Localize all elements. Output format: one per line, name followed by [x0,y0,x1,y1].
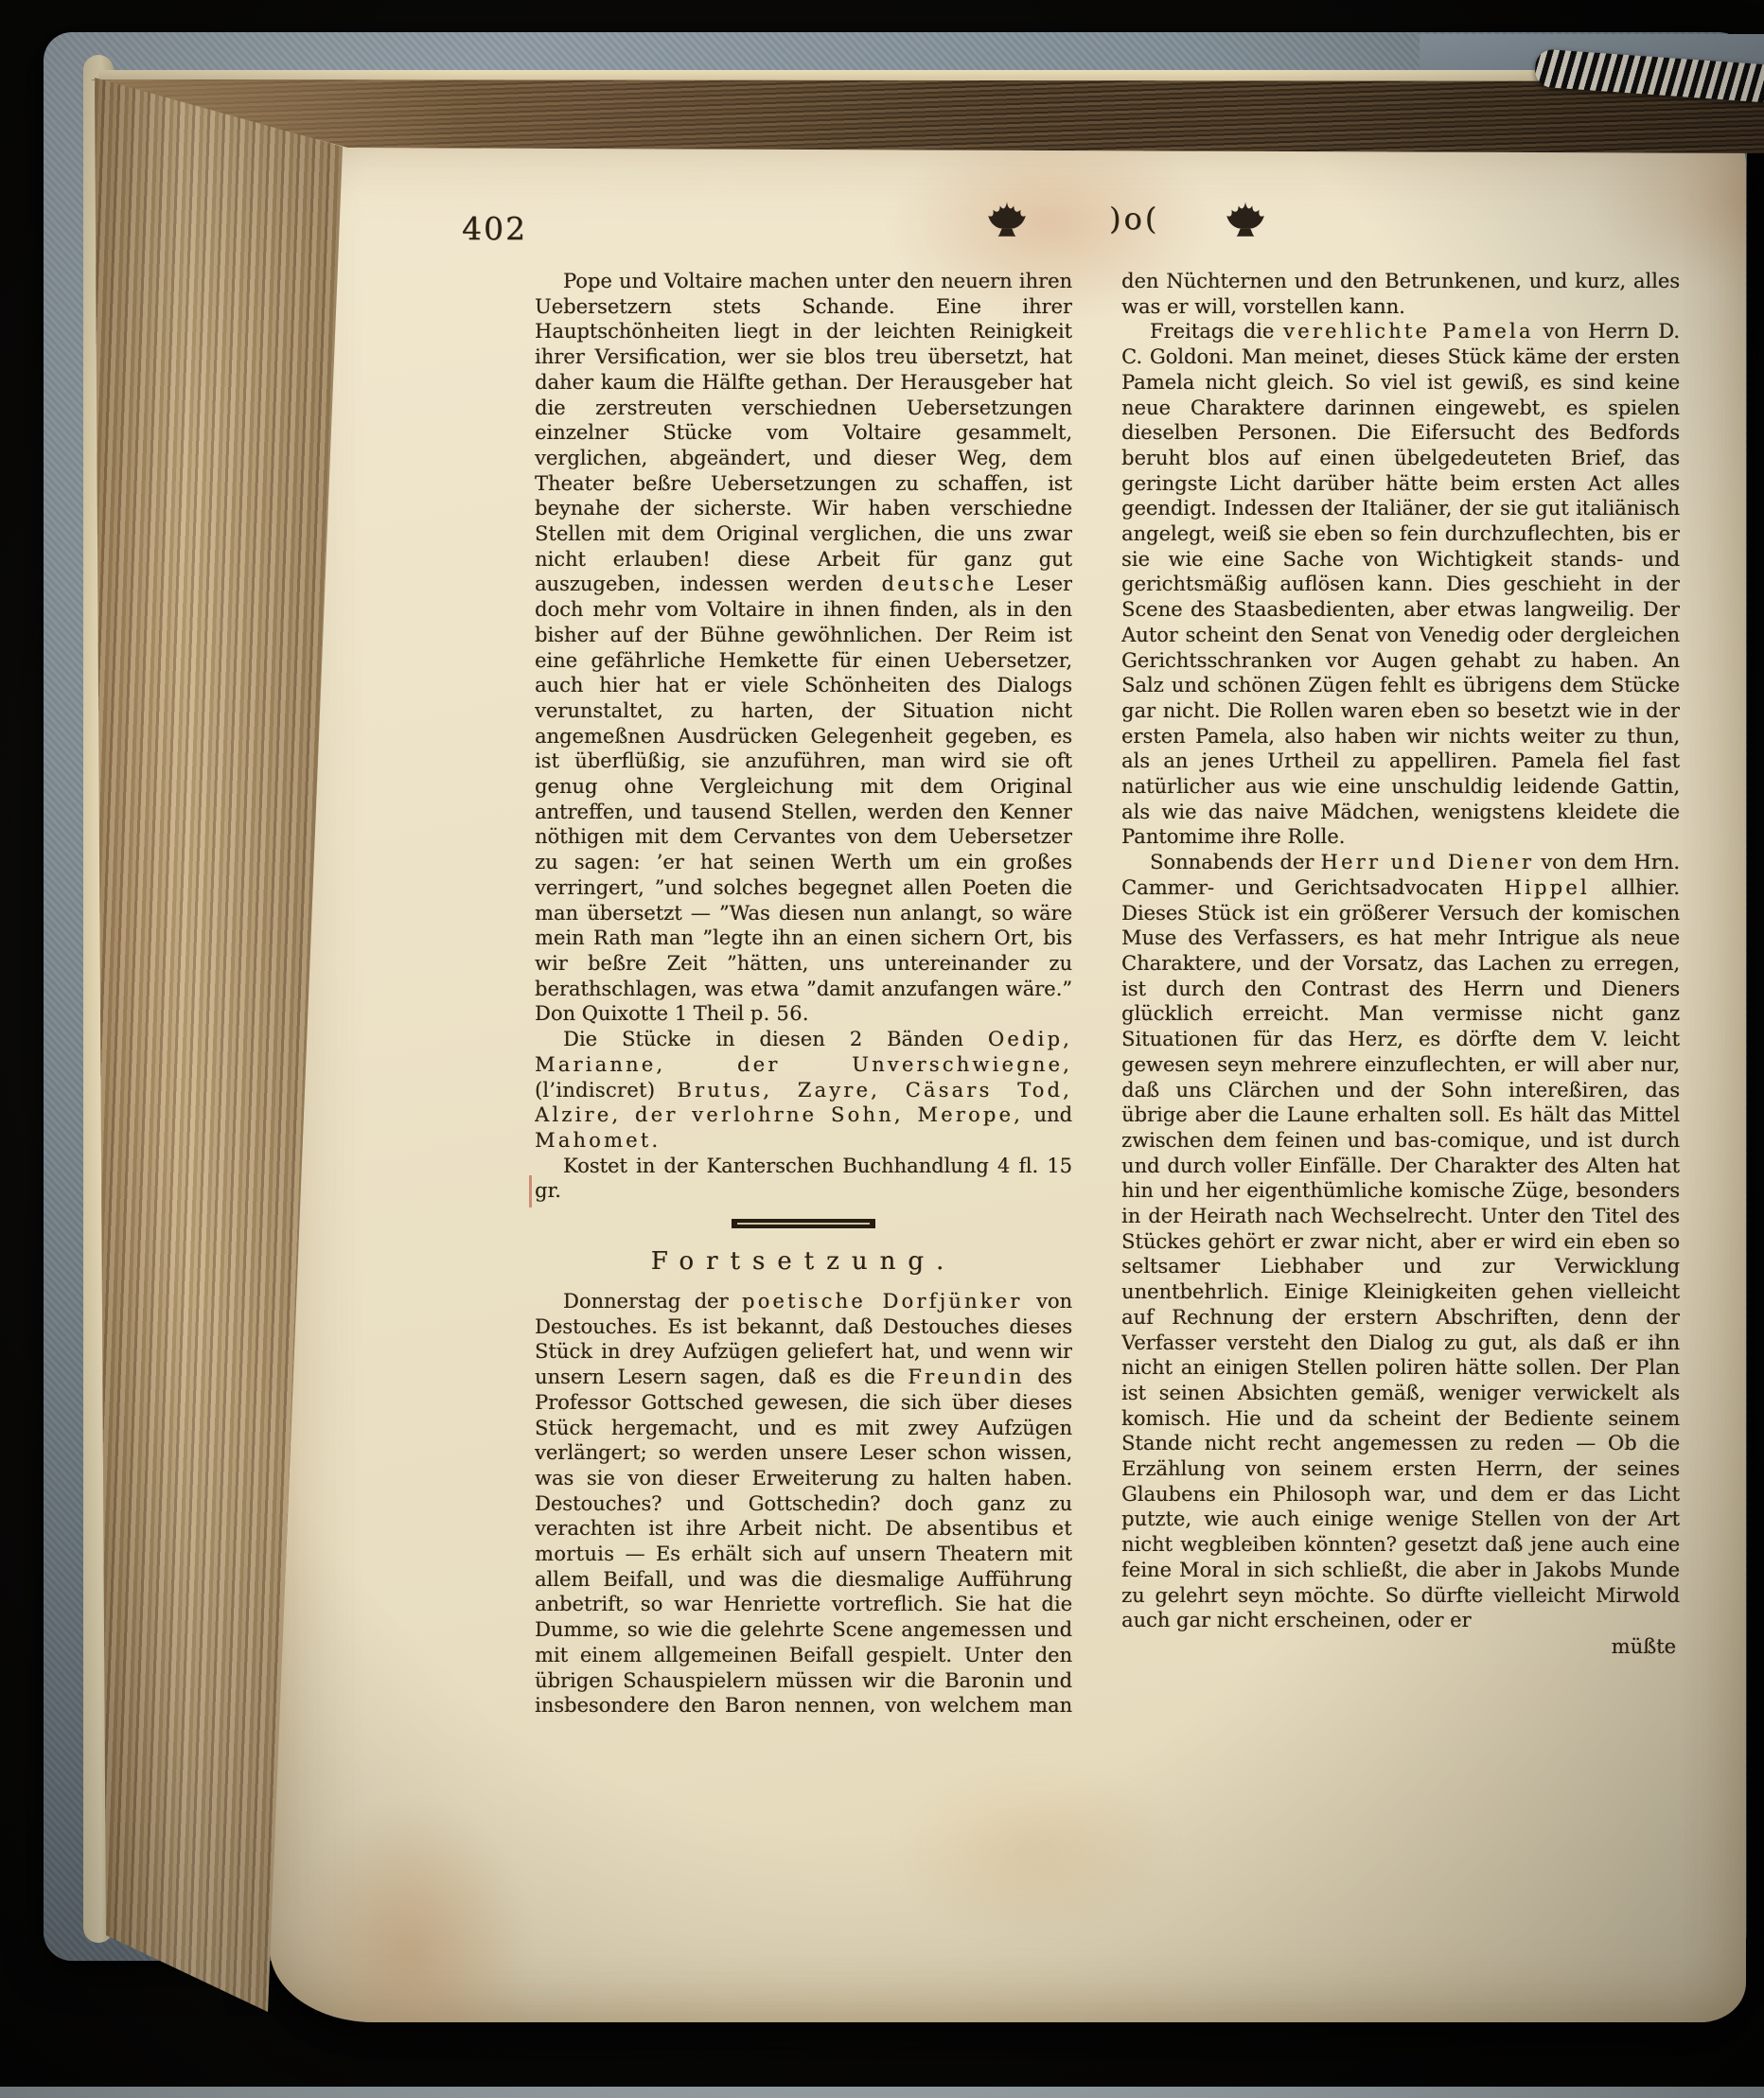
signature-mark: )o( [1109,201,1159,237]
text-run: Freitags die [1150,320,1283,343]
text-run: , und ist durch und durch voller Einfäll… [1121,1129,1680,1631]
text-run: Herr und Diener [1320,851,1534,873]
paragraph: Pope und Voltaire machen unter den neuer… [535,269,1072,1027]
text-run: allhier. Dieses Stück ist ein größerer V… [1121,876,1680,1152]
text-column-left: Pope und Voltaire machen unter den neuer… [535,269,1072,1721]
section-divider-rule [732,1219,875,1228]
shell-ornament-icon [1223,199,1268,242]
text-run: Hippel [1505,876,1590,899]
text-column-right: den Nüchternen und den Betrunkenen, und … [1121,269,1680,1792]
text-run: Die Stücke in diesen 2 Bänden [563,1028,988,1050]
paragraph: den Nüchternen und den Betrunkenen, und … [1121,269,1680,319]
paragraph: Sonnabends der Herr und Diener von dem H… [1121,850,1680,1633]
text-run: ) [647,1079,678,1102]
text-run: ( [535,1079,542,1102]
text-run: verehlichte Pamela [1283,320,1534,343]
text-run: poetische Dorfjünker [742,1290,1023,1313]
text-run: Donnerstag der [563,1290,742,1313]
text-run: und [1023,1103,1072,1126]
text-run: bas-comique [1394,1129,1525,1152]
text-run: deutsche [882,573,997,595]
margin-mark [529,1175,532,1208]
text-run: von Herrn D. C. Goldoni. Man meinet, die… [1121,320,1680,848]
text-run: des Professor Gottsched gewesen, die sic… [535,1366,1072,1540]
paragraph: Donnerstag der poetische Dorfjünker von … [535,1289,1072,1721]
text-run: p. 56. [750,1002,809,1025]
text-run: Kostet in der Kanterschen Buchhandlung 4… [535,1155,1072,1203]
text-run: l’indiscret [542,1079,647,1102]
printed-text-layer: 402 )o( Pope und Voltaire machen unter d… [0,0,1764,2098]
text-run: den Nüchternen und den Betrunkenen, und … [1121,270,1680,318]
text-run: Freundin [908,1366,1024,1388]
catchword: müßte [1121,1635,1680,1658]
text-run: Pope und Voltaire machen unter den neuer… [535,270,1072,595]
paragraph: Die Stücke in diesen 2 Bänden Oedip, Mar… [535,1027,1072,1154]
paragraph: Freitags die verehlichte Pamela von Herr… [1121,319,1680,850]
text-run: Leser doch mehr vom Voltaire in ihnen fi… [535,573,1072,1025]
text-run: Sonnabends der [1150,851,1320,873]
text-run: Mahomet. [535,1129,661,1152]
section-heading: Fortsetzung. [535,1247,1072,1276]
scanner-bed-strip [0,2087,1764,2098]
book-photo: 402 )o( Pope und Voltaire machen unter d… [0,0,1764,2098]
text-run: — Es erhält sich auf unsern Theatern mit… [535,1543,1072,1721]
page-number: 402 [462,210,527,247]
shell-ornament-icon [984,199,1030,242]
paragraph: Kostet in der Kanterschen Buchhandlung 4… [535,1154,1072,1204]
